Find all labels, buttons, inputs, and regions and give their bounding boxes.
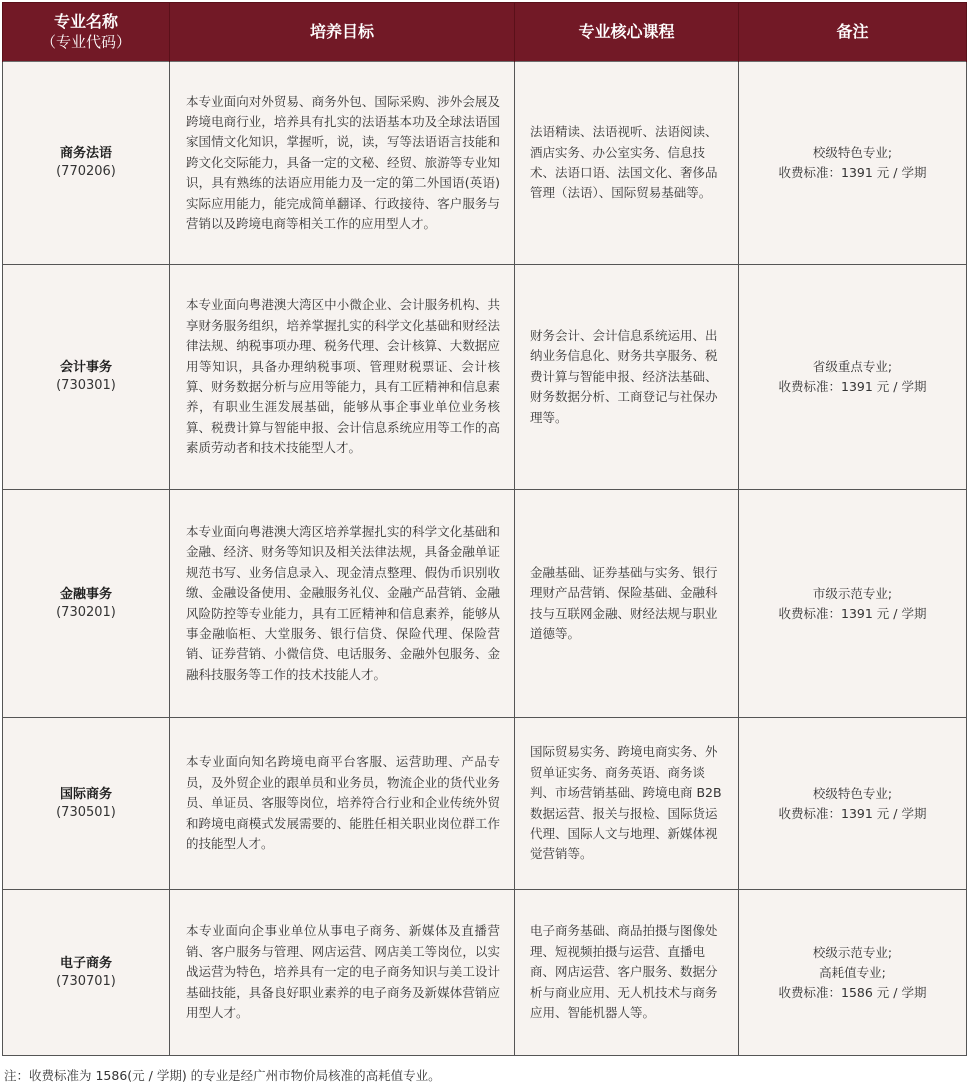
note-line: 校级示范专业; bbox=[739, 943, 966, 963]
major-name: 商务法语 bbox=[3, 145, 169, 163]
note-line: 收费标准：1391 元 / 学期 bbox=[739, 604, 966, 624]
note-line: 收费标准：1586 元 / 学期 bbox=[739, 983, 966, 1003]
goal-cell: 本专业面向对外贸易、商务外包、国际采购、涉外会展及跨境电商行业，培养具有扎实的法… bbox=[170, 62, 515, 265]
courses-cell: 国际贸易实务、跨境电商实务、外贸单证实务、商务英语、商务谈判、市场营销基础、跨境… bbox=[515, 718, 739, 890]
header-name-sub: （专业代码） bbox=[3, 32, 169, 52]
note-line: 校级特色专业; bbox=[739, 143, 966, 163]
note-line: 校级特色专业; bbox=[739, 784, 966, 804]
note-line: 省级重点专业; bbox=[739, 357, 966, 377]
header-courses: 专业核心课程 bbox=[515, 3, 739, 62]
major-code: (770206) bbox=[3, 163, 169, 181]
table-row: 商务法语 (770206) 本专业面向对外贸易、商务外包、国际采购、涉外会展及跨… bbox=[3, 62, 967, 265]
major-name: 国际商务 bbox=[3, 786, 169, 804]
goal-cell: 本专业面向知名跨境电商平台客服、运营助理、产品专员，及外贸企业的跟单员和业务员，… bbox=[170, 718, 515, 890]
majors-table: 专业名称 （专业代码） 培养目标 专业核心课程 备注 商务法语 (770206)… bbox=[2, 2, 967, 1056]
major-code: (730301) bbox=[3, 377, 169, 395]
table-header-row: 专业名称 （专业代码） 培养目标 专业核心课程 备注 bbox=[3, 3, 967, 62]
notes-cell: 校级特色专业; 收费标准：1391 元 / 学期 bbox=[739, 62, 967, 265]
note-line: 市级示范专业; bbox=[739, 584, 966, 604]
note-line: 收费标准：1391 元 / 学期 bbox=[739, 377, 966, 397]
major-code: (730701) bbox=[3, 973, 169, 991]
notes-cell: 省级重点专业; 收费标准：1391 元 / 学期 bbox=[739, 265, 967, 490]
footnote: 注：收费标准为 1586(元 / 学期) 的专业是经广州市物价局核准的高耗值专业… bbox=[4, 1066, 441, 1084]
table-row: 金融事务 (730201) 本专业面向粤港澳大湾区培养掌握扎实的科学文化基础和金… bbox=[3, 490, 967, 718]
table-row: 会计事务 (730301) 本专业面向粤港澳大湾区中小微企业、会计服务机构、共享… bbox=[3, 265, 967, 490]
goal-cell: 本专业面向企事业单位从事电子商务、新媒体及直播营销、客户服务与管理、网店运营、网… bbox=[170, 890, 515, 1056]
header-name-label: 专业名称 bbox=[54, 12, 118, 31]
goal-cell: 本专业面向粤港澳大湾区中小微企业、会计服务机构、共享财务服务组织，培养掌握扎实的… bbox=[170, 265, 515, 490]
major-name-cell: 商务法语 (770206) bbox=[3, 62, 170, 265]
major-name-cell: 国际商务 (730501) bbox=[3, 718, 170, 890]
major-name: 电子商务 bbox=[3, 955, 169, 973]
major-code: (730201) bbox=[3, 604, 169, 622]
note-line: 收费标准：1391 元 / 学期 bbox=[739, 163, 966, 183]
goal-cell: 本专业面向粤港澳大湾区培养掌握扎实的科学文化基础和金融、经济、财务等知识及相关法… bbox=[170, 490, 515, 718]
notes-cell: 校级示范专业; 高耗值专业; 收费标准：1586 元 / 学期 bbox=[739, 890, 967, 1056]
major-code: (730501) bbox=[3, 804, 169, 822]
major-name-cell: 会计事务 (730301) bbox=[3, 265, 170, 490]
header-goal: 培养目标 bbox=[170, 3, 515, 62]
table-row: 国际商务 (730501) 本专业面向知名跨境电商平台客服、运营助理、产品专员，… bbox=[3, 718, 967, 890]
major-name-cell: 电子商务 (730701) bbox=[3, 890, 170, 1056]
major-name-cell: 金融事务 (730201) bbox=[3, 490, 170, 718]
notes-cell: 校级特色专业; 收费标准：1391 元 / 学期 bbox=[739, 718, 967, 890]
table-row: 电子商务 (730701) 本专业面向企事业单位从事电子商务、新媒体及直播营销、… bbox=[3, 890, 967, 1056]
note-line: 高耗值专业; bbox=[739, 963, 966, 983]
courses-cell: 法语精读、法语视听、法语阅读、酒店实务、办公室实务、信息技术、法语口语、法国文化… bbox=[515, 62, 739, 265]
courses-cell: 财务会计、会计信息系统运用、出纳业务信息化、财务共享服务、税费计算与智能申报、经… bbox=[515, 265, 739, 490]
major-name: 金融事务 bbox=[3, 586, 169, 604]
header-name: 专业名称 （专业代码） bbox=[3, 3, 170, 62]
courses-cell: 电子商务基础、商品拍摄与图像处理、短视频拍摄与运营、直播电商、网店运营、客户服务… bbox=[515, 890, 739, 1056]
note-line: 收费标准：1391 元 / 学期 bbox=[739, 804, 966, 824]
notes-cell: 市级示范专业; 收费标准：1391 元 / 学期 bbox=[739, 490, 967, 718]
courses-cell: 金融基础、证券基础与实务、银行理财产品营销、保险基础、金融科技与互联网金融、财经… bbox=[515, 490, 739, 718]
header-notes: 备注 bbox=[739, 3, 967, 62]
major-name: 会计事务 bbox=[3, 359, 169, 377]
